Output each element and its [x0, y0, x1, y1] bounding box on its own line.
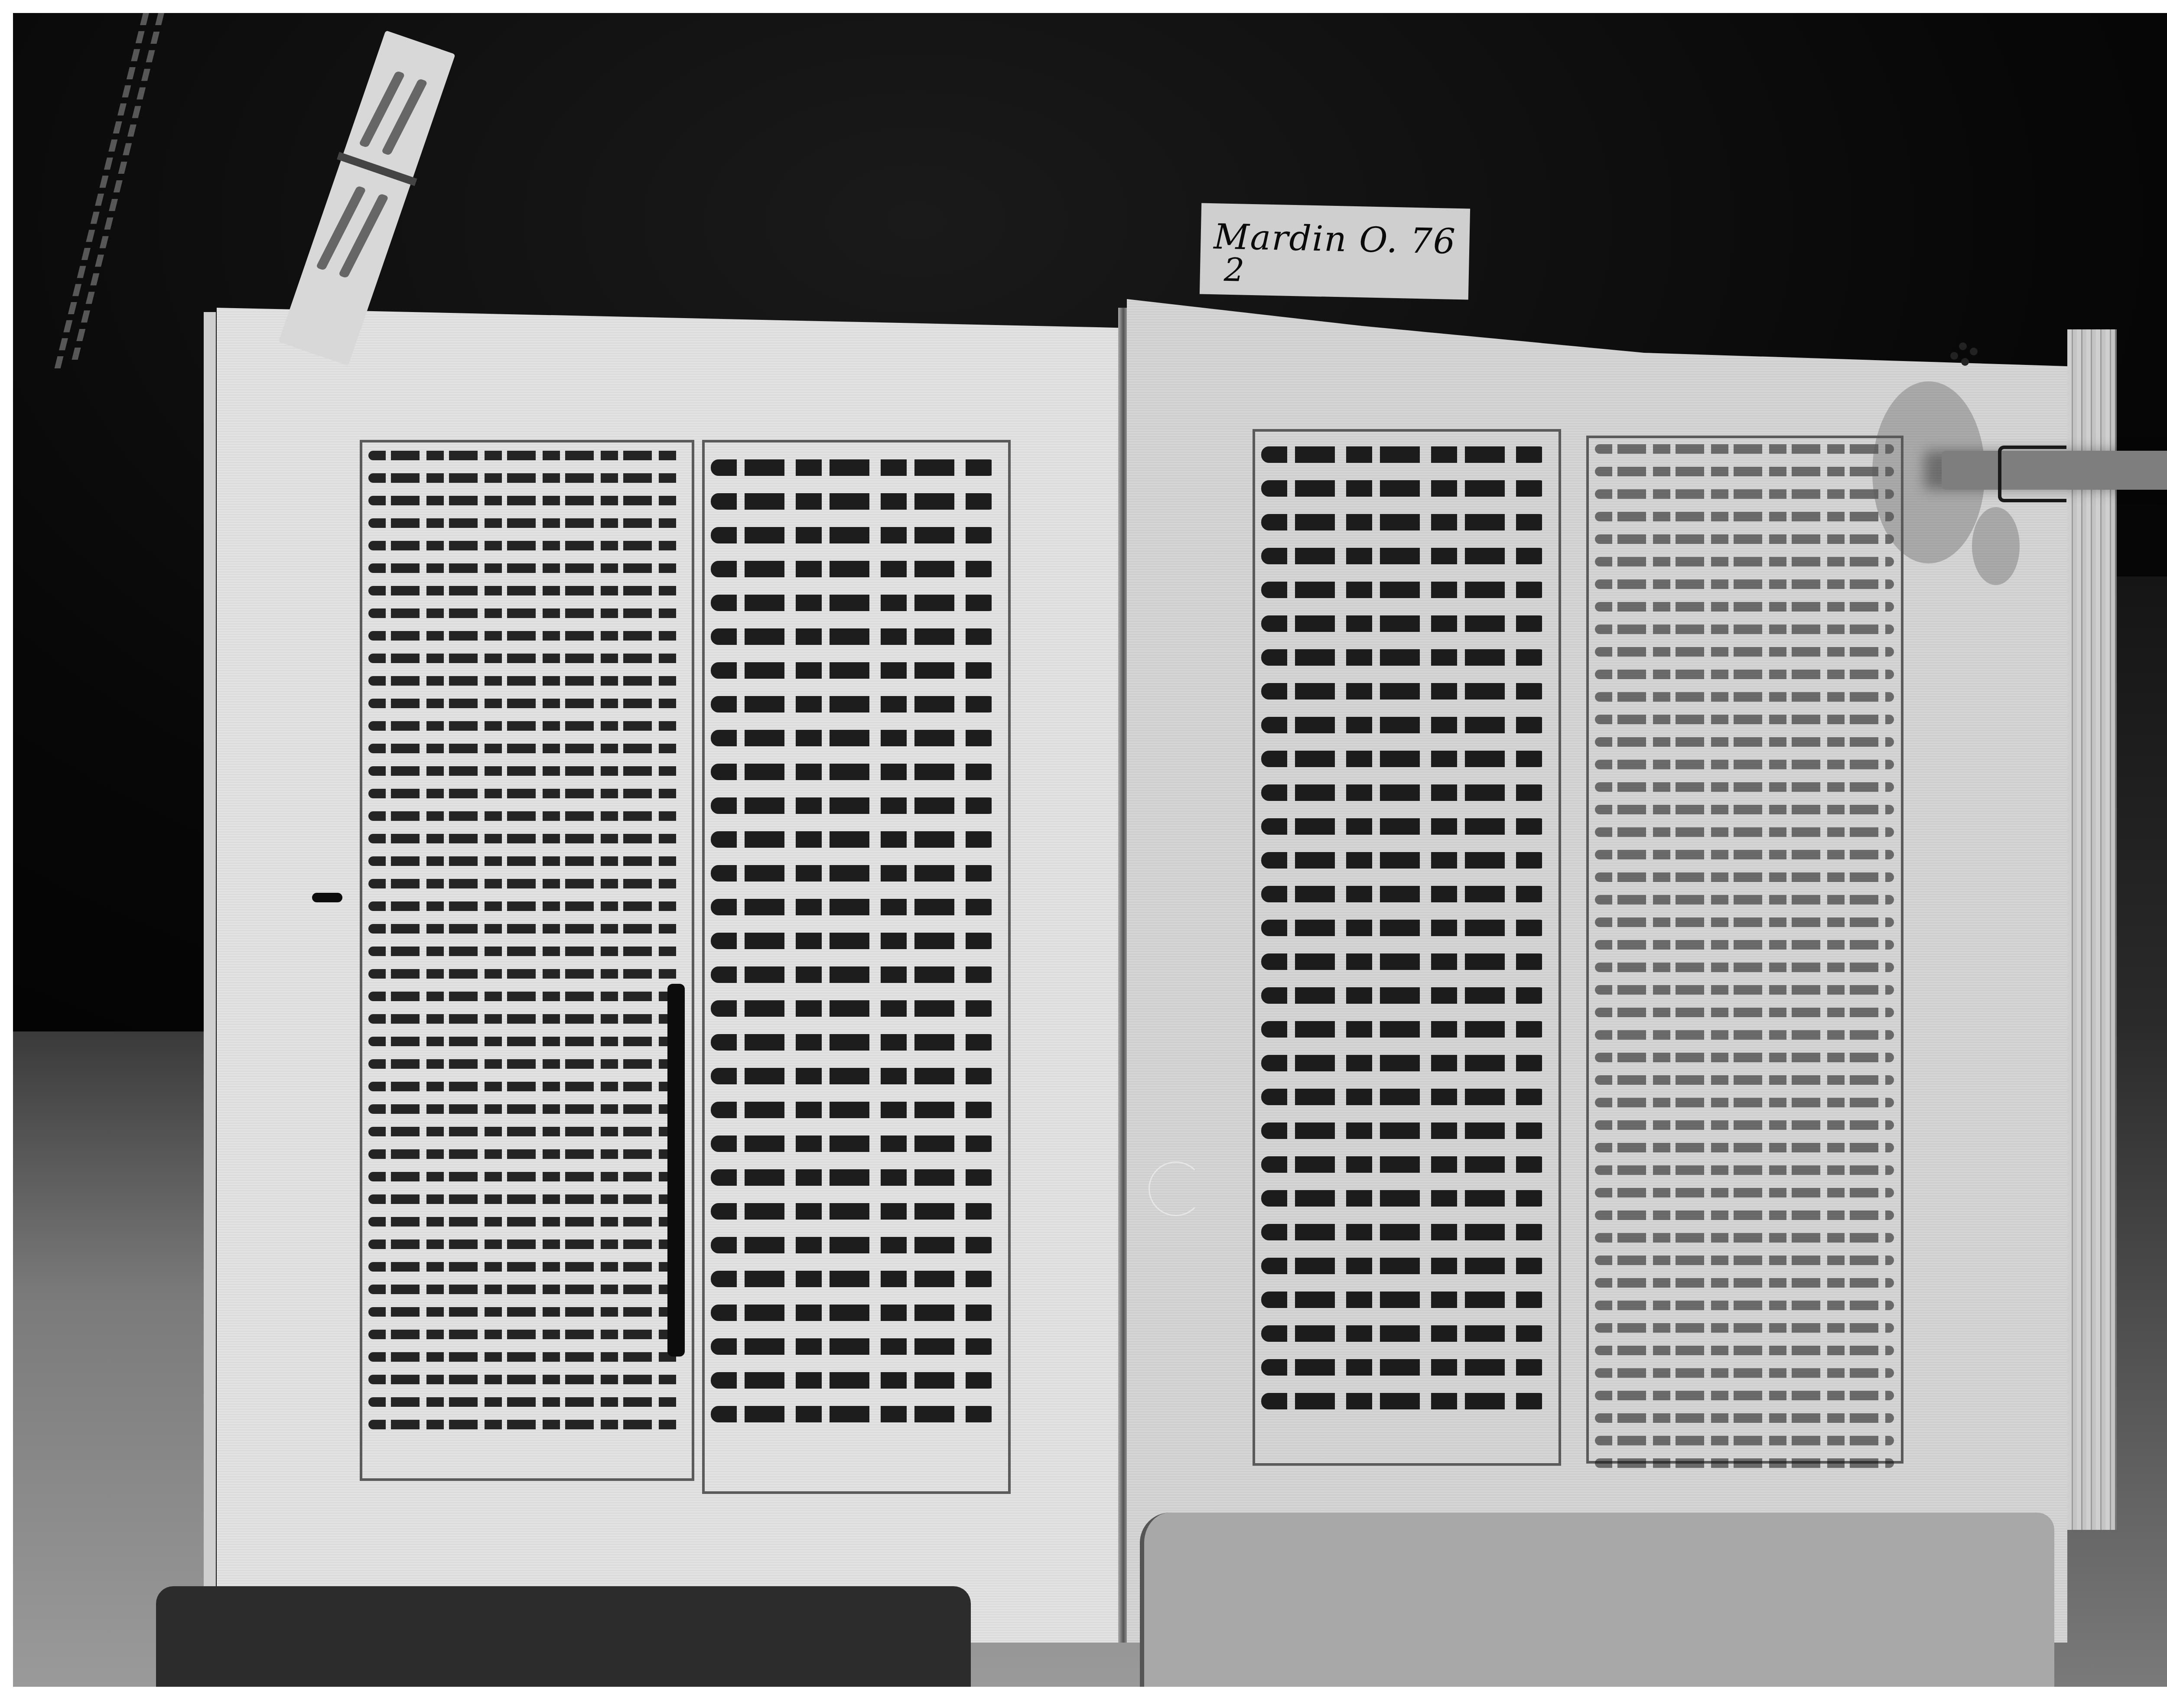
dark-box-foreground — [156, 1586, 971, 1687]
shelfmark-label: Mardin O. 76 2 — [1200, 203, 1470, 300]
left-outer-column-text — [368, 451, 680, 1448]
shelfmark-number: 2 — [1223, 251, 1245, 289]
left-inner-column-text — [711, 459, 997, 1465]
shelfmark-text: Mardin O. 76 — [1214, 216, 1457, 262]
four-dot-mark — [1950, 342, 1985, 377]
loose-thread — [1149, 1161, 1203, 1216]
water-stain — [1972, 507, 2020, 585]
grey-box-foreground — [1140, 1513, 2054, 1687]
right-outer-column-text — [1595, 444, 1894, 1497]
left-page-edge — [204, 312, 218, 1638]
vertical-marginal-note — [667, 984, 685, 1357]
right-fore-edge — [2067, 329, 2117, 1530]
right-clothespin-clip — [1942, 451, 2167, 490]
margin-mark — [312, 893, 342, 902]
right-inner-column-text — [1261, 446, 1547, 1461]
manuscript-photo: Mardin O. 76 2 — [13, 13, 2167, 1687]
